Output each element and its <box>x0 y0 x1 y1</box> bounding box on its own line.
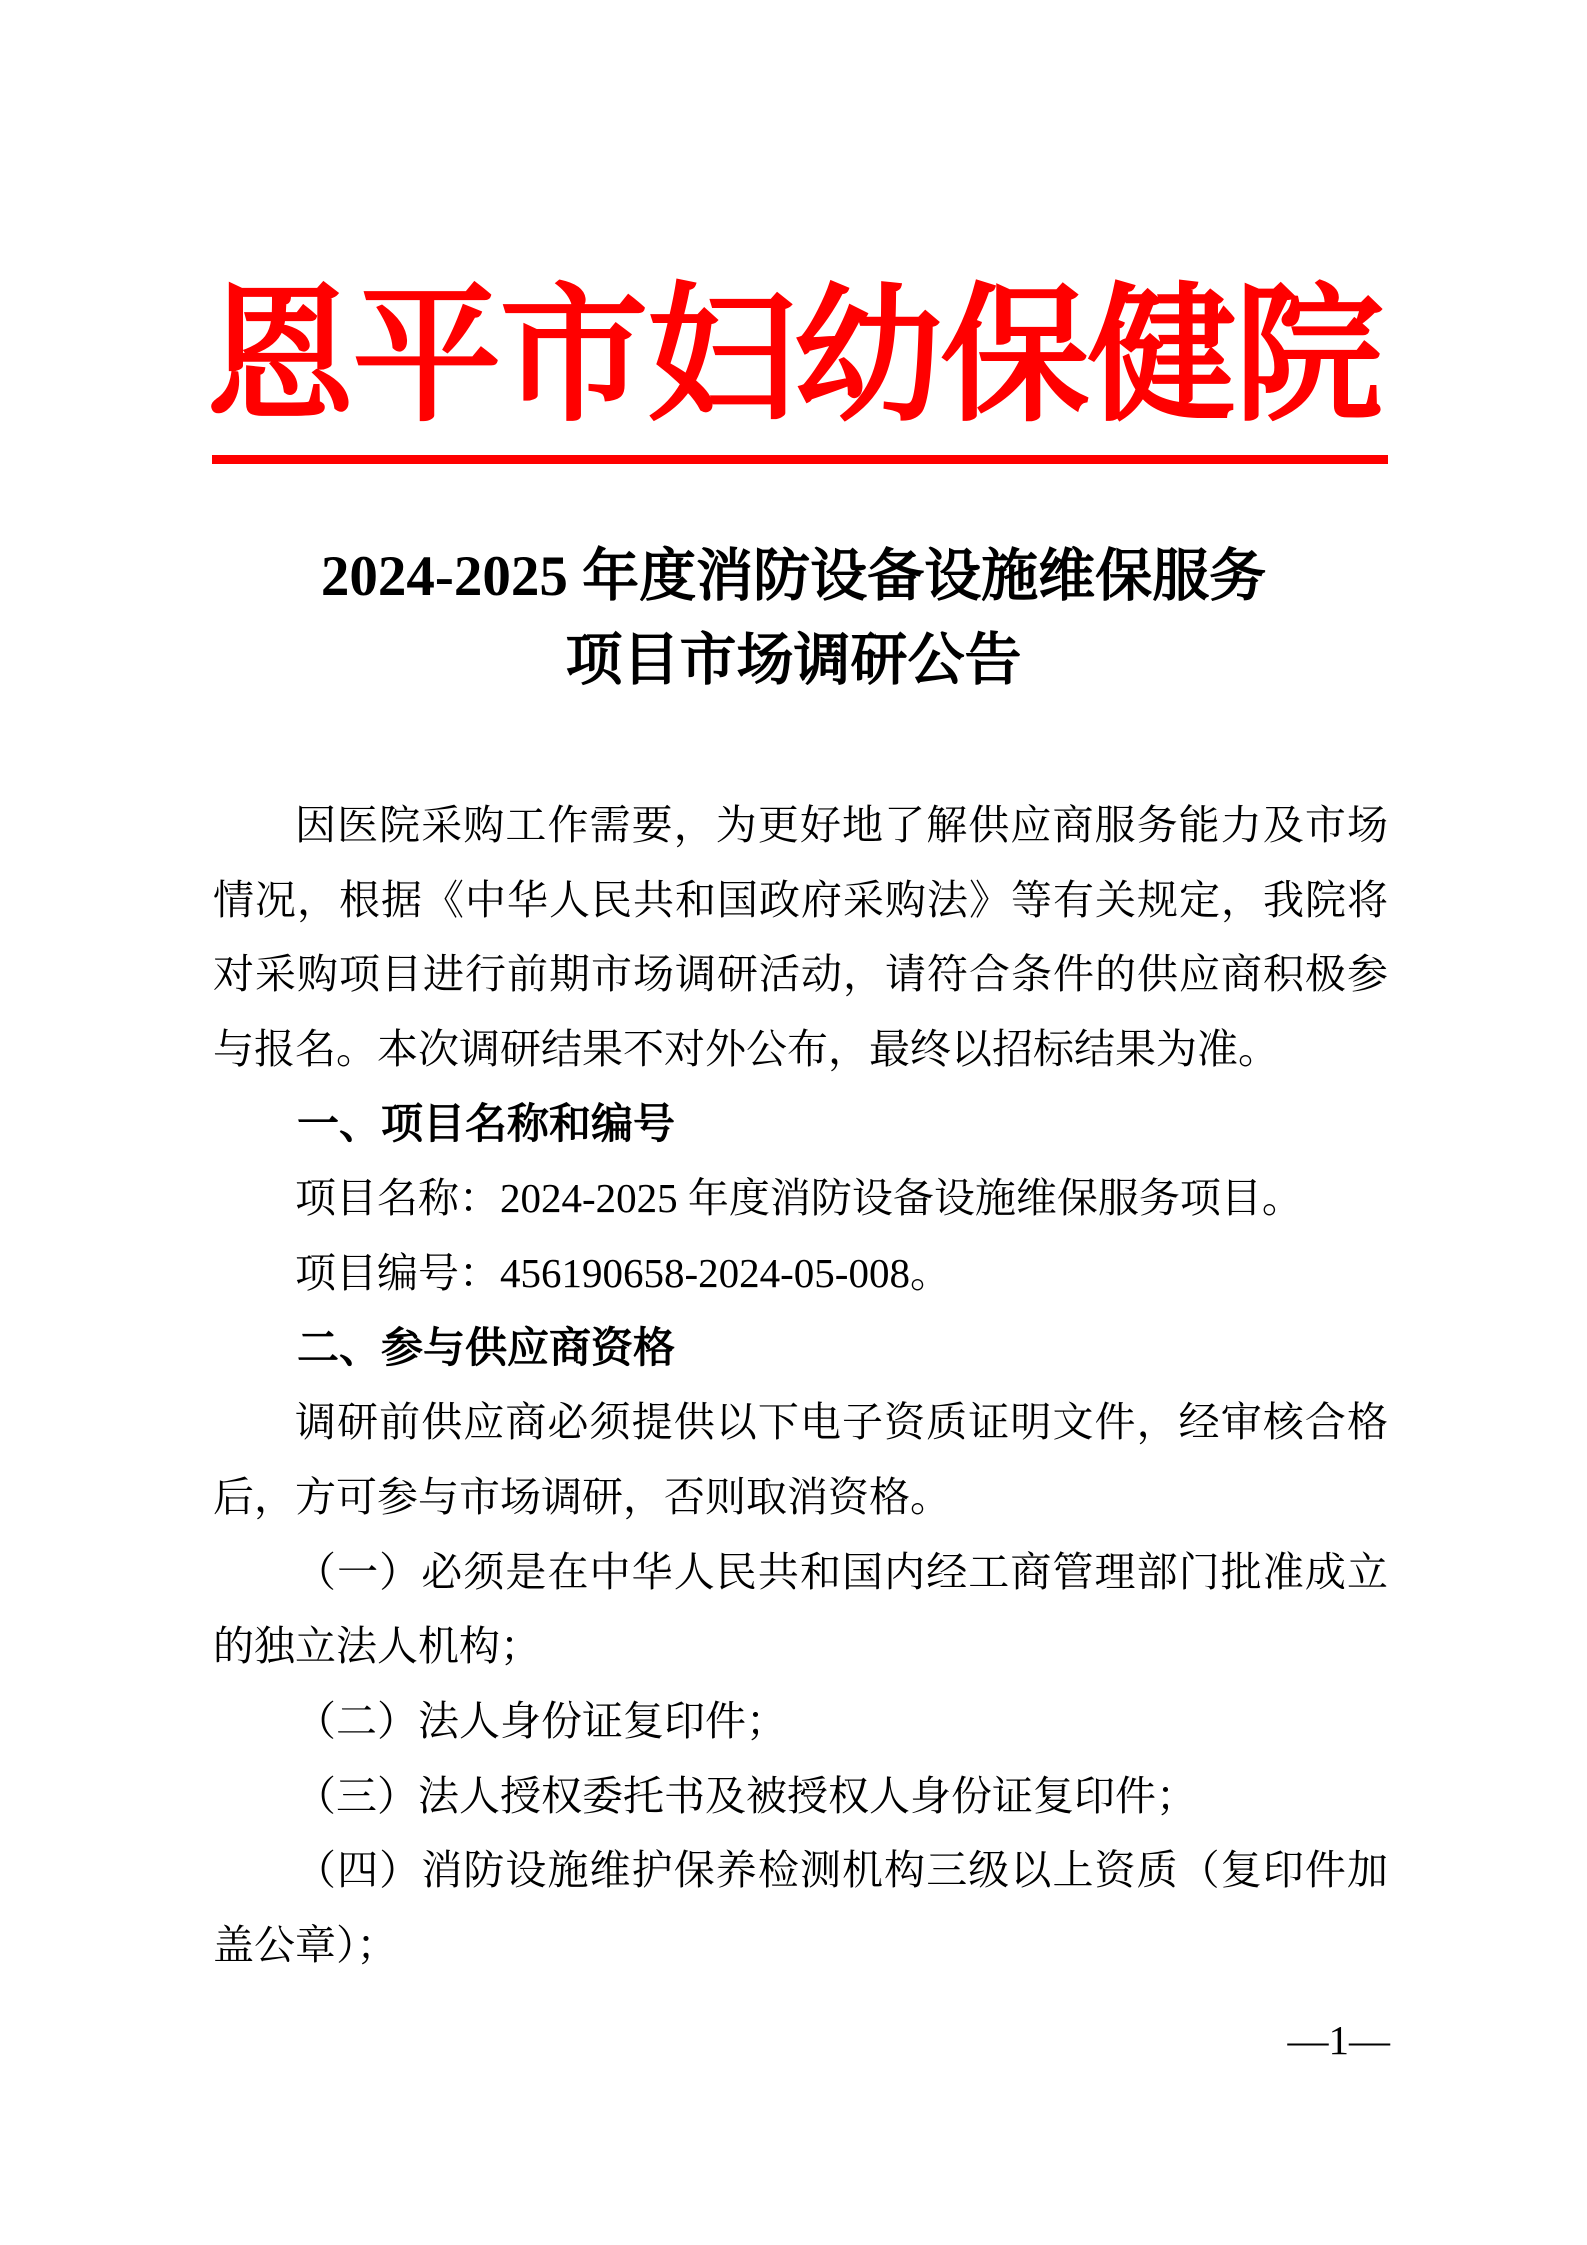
project-number-line: 项目编号：456190658-2024-05-008。 <box>213 1236 1388 1311</box>
document-page: 恩平市妇幼保健院 2024-2025 年度消防设备设施维保服务 项目市场调研公告… <box>0 0 1587 2245</box>
org-name-header: 恩平市妇幼保健院 <box>0 280 1587 435</box>
document-title: 2024-2025 年度消防设备设施维保服务 项目市场调研公告 <box>0 535 1587 703</box>
document-line: 调研前供应商必须提供以下电子资质证明文件，经审核合格 <box>213 1385 1388 1460</box>
section-heading-1: 一、项目名称和编号 <box>213 1087 1388 1162</box>
document-line: 情况，根据《中华人民共和国政府采购法》等有关规定，我院将 <box>213 863 1388 938</box>
document-title-line2: 项目市场调研公告 <box>0 619 1587 703</box>
document-line: （三）法人授权委托书及被授权人身份证复印件； <box>213 1759 1388 1834</box>
document-line: 的独立法人机构； <box>213 1609 1388 1684</box>
document-body: 因医院采购工作需要，为更好地了解供应商服务能力及市场 情况，根据《中华人民共和国… <box>213 788 1388 1983</box>
document-line: 因医院采购工作需要，为更好地了解供应商服务能力及市场 <box>213 788 1388 863</box>
document-line: 后，方可参与市场调研，否则取消资格。 <box>213 1460 1388 1535</box>
document-line: 与报名。本次调研结果不对外公布，最终以招标结果为准。 <box>213 1012 1388 1087</box>
document-line: 对采购项目进行前期市场调研活动，请符合条件的供应商积极参 <box>213 937 1388 1012</box>
section-heading-2: 二、参与供应商资格 <box>213 1311 1388 1386</box>
document-line: （一）必须是在中华人民共和国内经工商管理部门批准成立 <box>213 1535 1388 1610</box>
document-line: （二）法人身份证复印件； <box>213 1684 1388 1759</box>
document-line: （四）消防设施维护保养检测机构三级以上资质（复印件加 <box>213 1833 1388 1908</box>
document-line: 盖公章）； <box>213 1908 1388 1983</box>
project-name-line: 项目名称：2024-2025 年度消防设备设施维保服务项目。 <box>213 1161 1388 1236</box>
page-number: —1— <box>1288 2018 1391 2062</box>
header-divider <box>212 455 1388 464</box>
document-title-line1: 2024-2025 年度消防设备设施维保服务 <box>0 535 1587 619</box>
